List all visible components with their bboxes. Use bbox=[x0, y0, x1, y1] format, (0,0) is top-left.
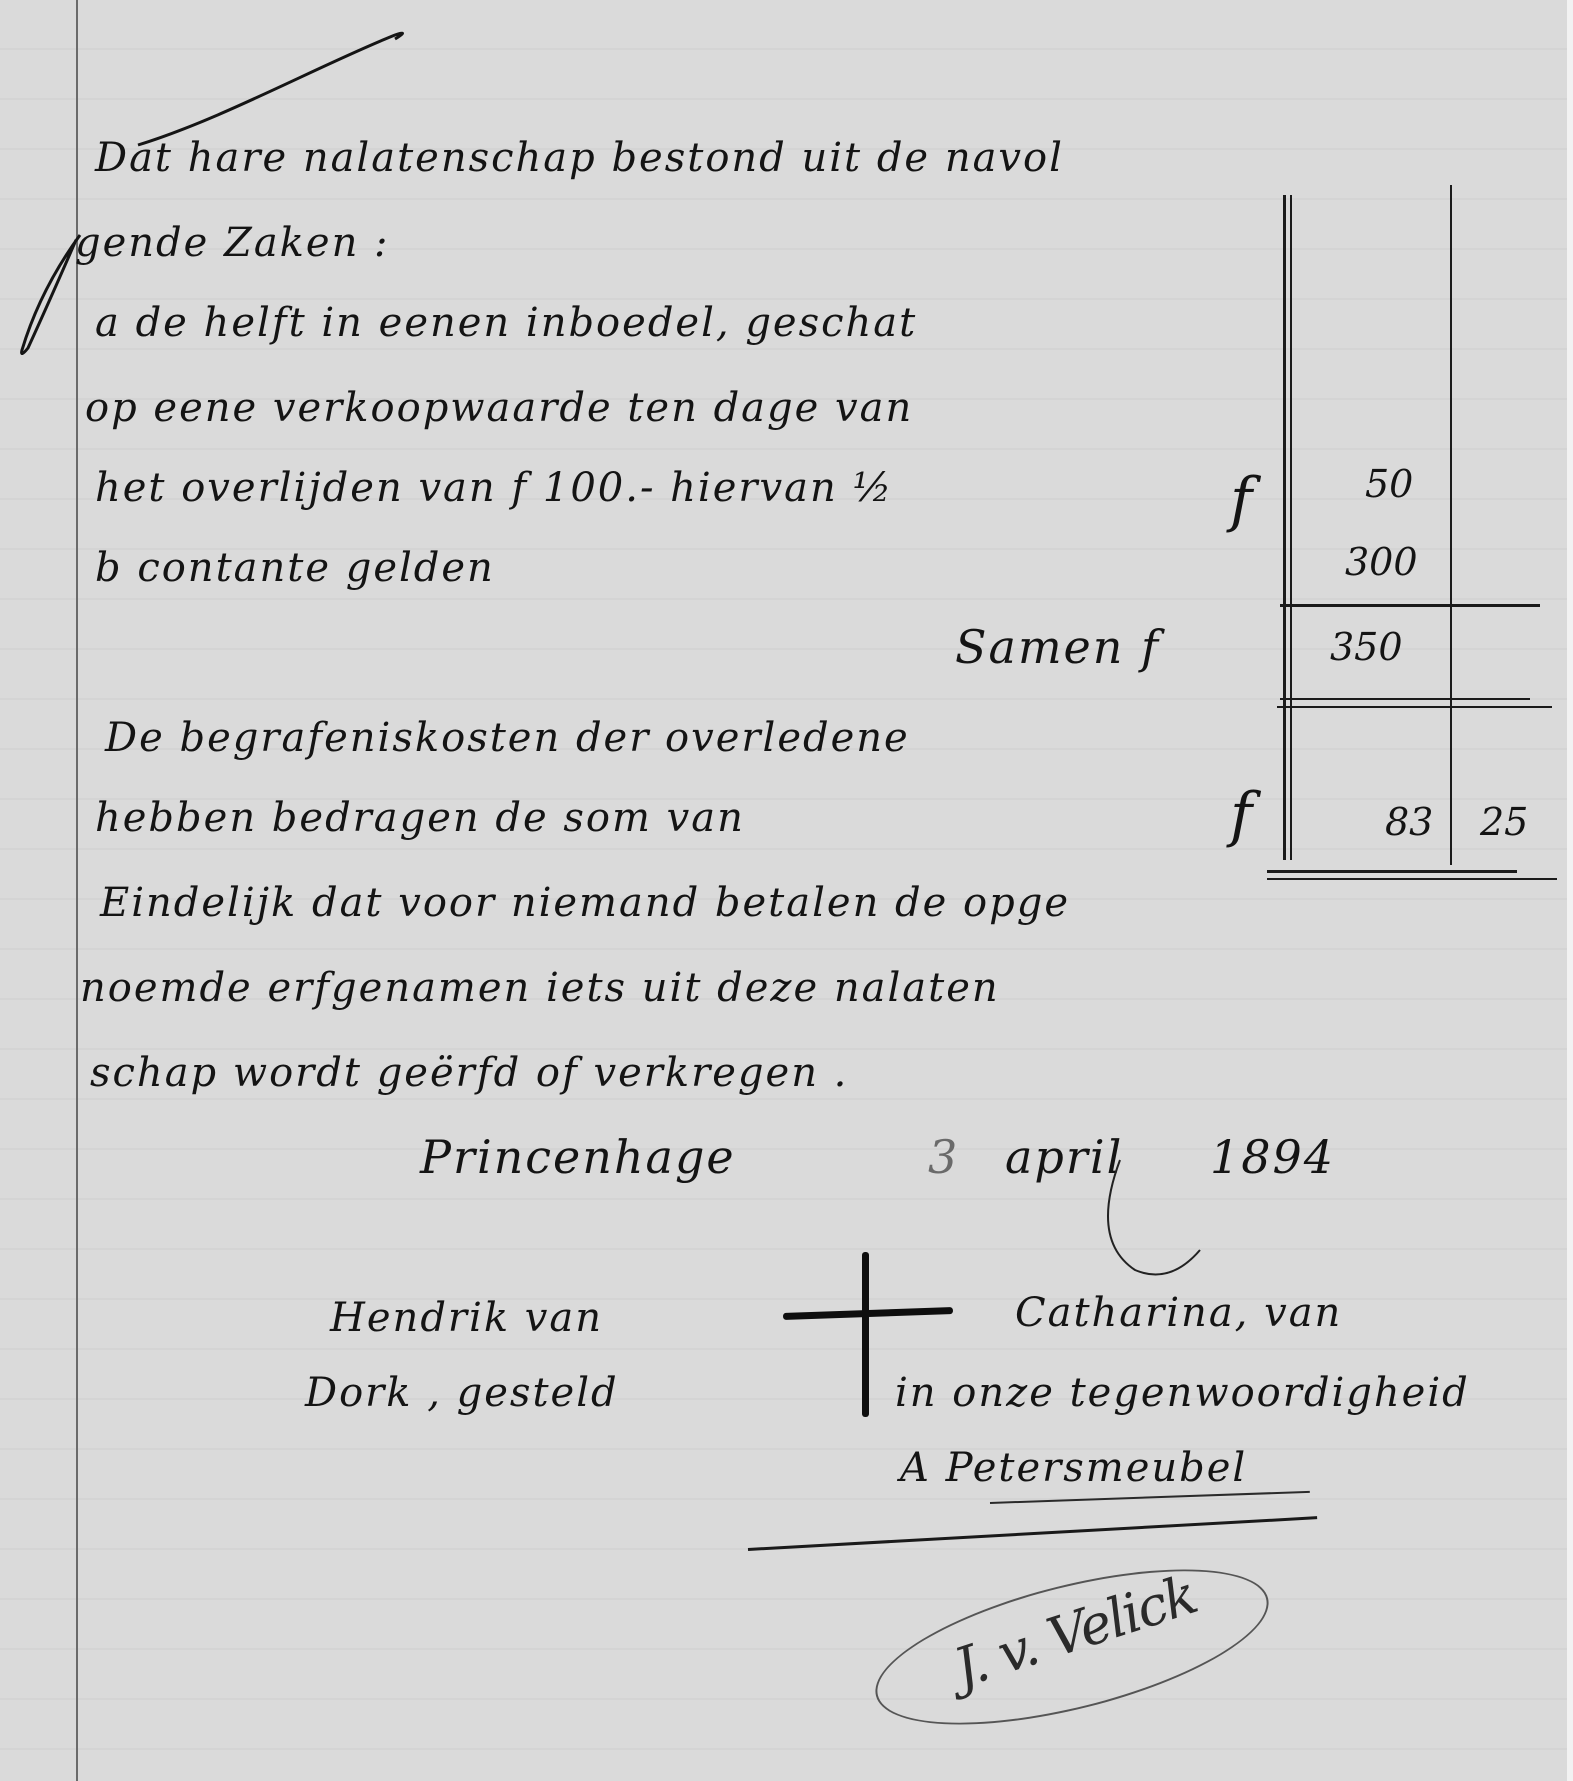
ledger-sum-rule bbox=[1280, 604, 1540, 607]
document-page: Dat hare nalatenschap bestond uit de nav… bbox=[0, 0, 1573, 1781]
signer-name-line1: Hendrik van bbox=[330, 1295, 603, 1341]
place: Princenhage bbox=[420, 1130, 736, 1184]
ledger-cents-rule bbox=[1450, 185, 1452, 865]
text-line: Eindelijk dat voor niemand betalen de op… bbox=[100, 880, 1070, 926]
date-flourish bbox=[1080, 1150, 1220, 1290]
text-line: op eene verkoopwaarde ten dage van bbox=[85, 385, 913, 431]
page-edge bbox=[1567, 0, 1573, 1781]
text-line: De begrafeniskosten der overledene bbox=[105, 715, 910, 761]
ledger-total: 350 bbox=[1330, 625, 1403, 669]
funeral-costs-cents: 25 bbox=[1480, 800, 1528, 844]
ledger-double-rule bbox=[1277, 706, 1552, 708]
text-line: hebben bedragen de som van bbox=[95, 795, 745, 841]
date-year: 1894 bbox=[1210, 1130, 1335, 1184]
ledger-value-a: 50 bbox=[1365, 462, 1413, 506]
ledger-double-rule bbox=[1267, 878, 1557, 880]
text-line: schap wordt geërfd of verkregen . bbox=[90, 1050, 848, 1096]
text-line: het overlijden van f 100.- hiervan ½ bbox=[95, 465, 893, 511]
signer-name-line2: Dork , gesteld bbox=[305, 1370, 619, 1416]
ledger-double-rule bbox=[1280, 698, 1530, 700]
text-line: Dat hare nalatenschap bestond uit de nav… bbox=[95, 135, 1064, 181]
text-line: noemde erfgenamen iets uit deze nalaten bbox=[80, 965, 1000, 1011]
text-line: b contante gelden bbox=[95, 545, 495, 591]
ledger-value-b: 300 bbox=[1345, 540, 1418, 584]
signer-name-right-line1: Catharina, van bbox=[1015, 1290, 1342, 1336]
witness-signature: A Petersmeubel bbox=[900, 1445, 1247, 1491]
text-line: a de helft in eenen inboedel, geschat bbox=[95, 300, 917, 346]
signature-rule bbox=[748, 1516, 1317, 1551]
total-label: Samen f bbox=[955, 620, 1160, 674]
currency-symbol: f bbox=[1230, 780, 1252, 850]
date-day: 3 bbox=[928, 1130, 959, 1184]
cross-mark bbox=[862, 1252, 869, 1417]
witness-attestation: in onze tegenwoordigheid bbox=[895, 1370, 1470, 1416]
ledger-double-rule bbox=[1267, 870, 1517, 873]
witness-underline bbox=[990, 1491, 1310, 1504]
text-line: gende Zaken : bbox=[75, 220, 390, 266]
funeral-costs-guilders: 83 bbox=[1385, 800, 1433, 844]
currency-symbol: f bbox=[1230, 465, 1252, 535]
ledger-column-rule bbox=[1290, 195, 1292, 860]
ledger-column-rule bbox=[1283, 195, 1286, 860]
